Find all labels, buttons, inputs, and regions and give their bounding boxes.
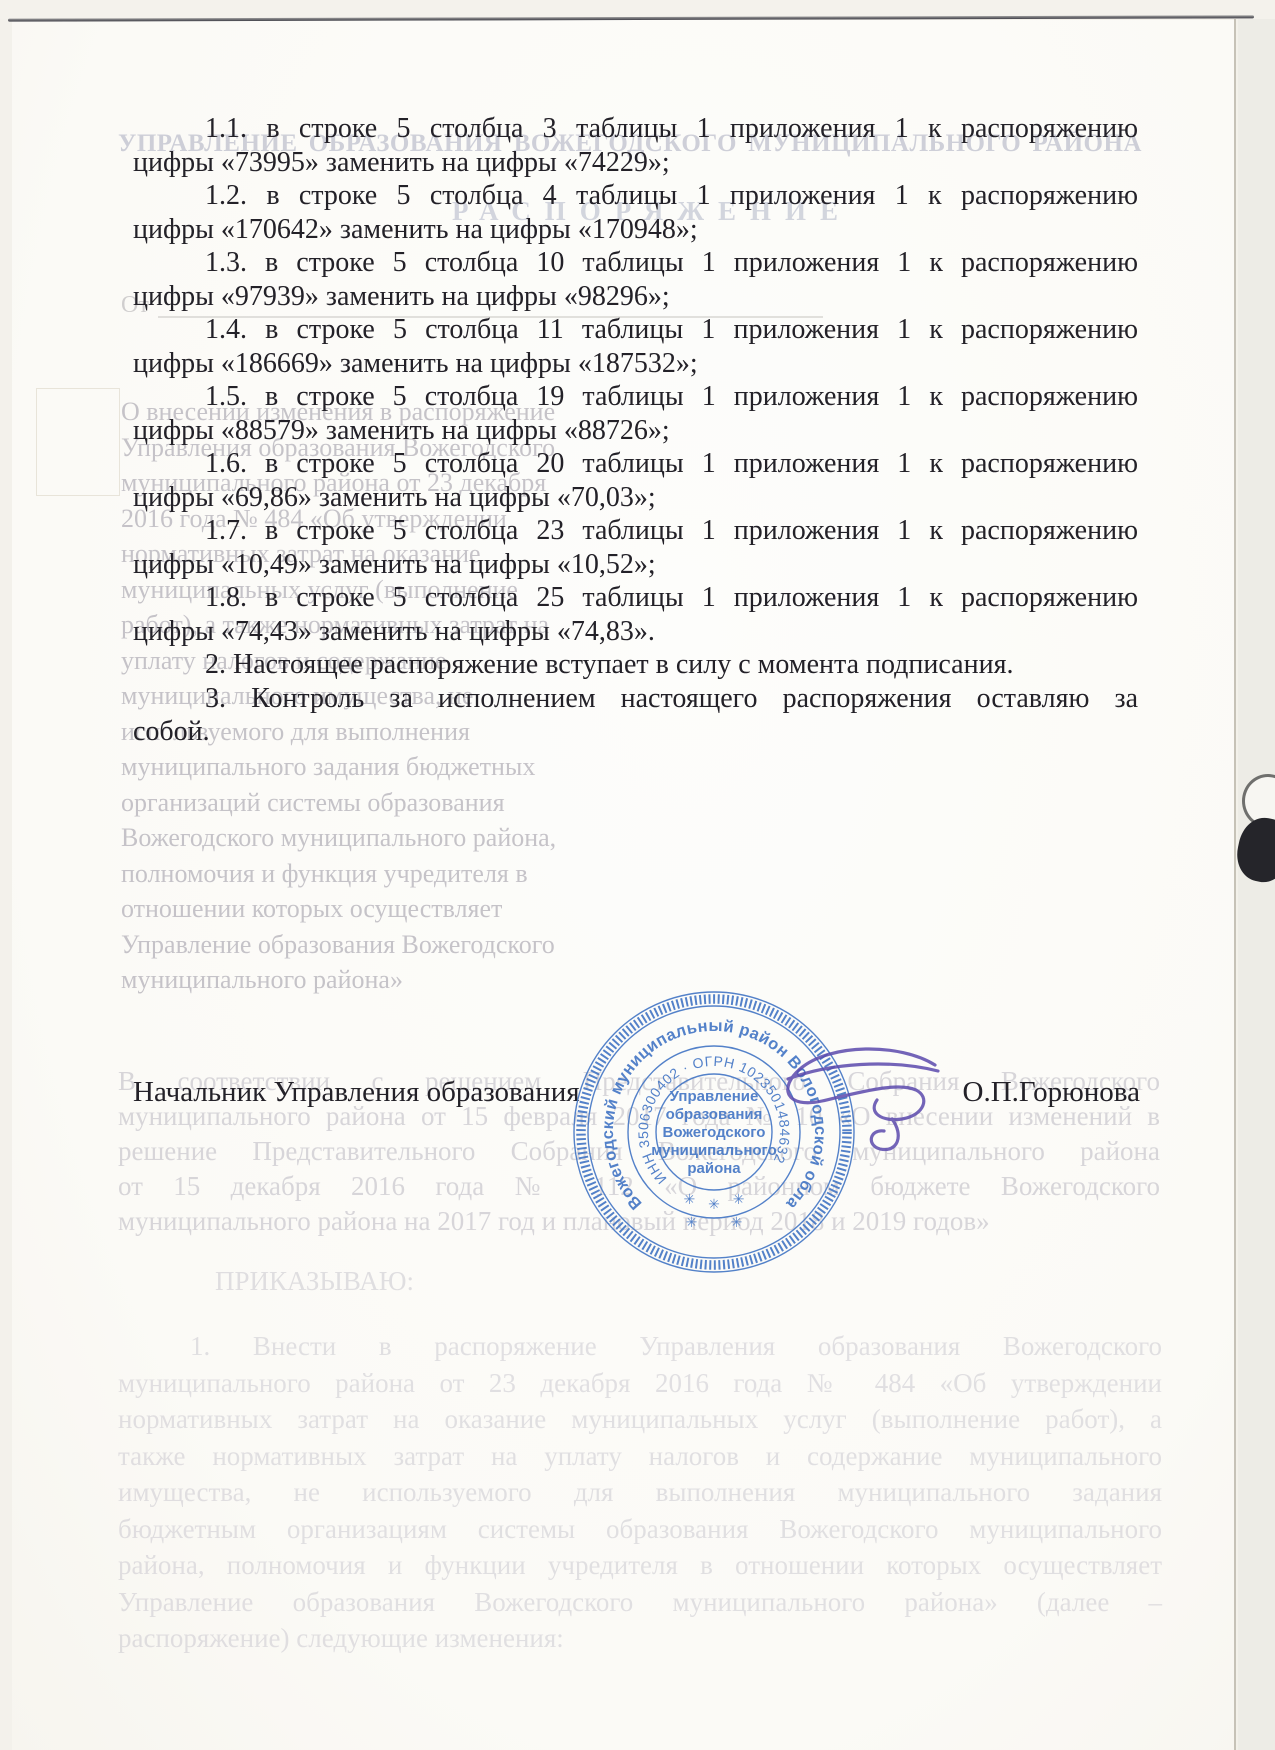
scanned-document: { "doc": { "lines": [ "1.1. в строке 5 с… bbox=[0, 0, 1275, 1750]
body-line: 1.2. в строке 5 столбца 4 таблицы 1 прил… bbox=[133, 179, 1138, 213]
body-line: цифры «69,86» заменить на цифры «70,03»; bbox=[133, 481, 1138, 515]
stamp-asterisk: ✳ bbox=[733, 1191, 745, 1207]
bleedthrough-line: бюджетным организациям системы образован… bbox=[118, 1511, 1162, 1548]
bleedthrough-line: Управление образования Вожегодского муни… bbox=[118, 1584, 1162, 1621]
body-line: 1.6. в строке 5 столбца 20 таблицы 1 при… bbox=[133, 447, 1138, 481]
bleedthrough-line: имущества, не используемого для выполнен… bbox=[118, 1474, 1162, 1511]
body-line: цифры «97939» заменить на цифры «98296»; bbox=[133, 280, 1138, 314]
signature-stroke bbox=[788, 1049, 935, 1120]
handwritten-signature bbox=[730, 1035, 950, 1165]
body-line: 1.3. в строке 5 столбца 10 таблицы 1 при… bbox=[133, 246, 1138, 280]
body-line: цифры «186669» заменить на цифры «187532… bbox=[133, 347, 1138, 381]
bleedthrough-line: 1. Внести в распоряжение Управления обра… bbox=[118, 1328, 1162, 1365]
body-line: 3. Контроль за исполнением настоящего ра… bbox=[133, 682, 1138, 716]
body-line: 1.1. в строке 5 столбца 3 таблицы 1 прил… bbox=[133, 112, 1138, 146]
bleedthrough-order-word: ПРИКАЗЫВАЮ: bbox=[215, 1266, 414, 1297]
bleedthrough-line: нормативных затрат на оказание муниципал… bbox=[118, 1401, 1162, 1438]
document-body: 1.1. в строке 5 столбца 3 таблицы 1 прил… bbox=[133, 112, 1138, 749]
body-line: 1.8. в строке 5 столбца 25 таблицы 1 при… bbox=[133, 581, 1138, 615]
body-line: 1.7. в строке 5 столбца 23 таблицы 1 при… bbox=[133, 514, 1138, 548]
bleedthrough-line: полномочия и функция учредителя в bbox=[121, 856, 681, 892]
signature-stroke bbox=[788, 1064, 938, 1079]
body-line: цифры «88579» заменить на цифры «88726»; bbox=[133, 414, 1138, 448]
stamp-asterisk: ✳ bbox=[731, 1214, 743, 1230]
scan-artifact-shadow bbox=[1236, 813, 1275, 886]
bleedthrough-line: также нормативных затрат на уплату налог… bbox=[118, 1438, 1162, 1475]
bleedthrough-line: отношении которых осуществляет bbox=[121, 891, 681, 927]
stamp-asterisk: ✳ bbox=[684, 1191, 696, 1207]
bleedthrough-line: района, полномочия и функции учредителя … bbox=[118, 1547, 1162, 1584]
bleedthrough-line: Управление образования Вожегодского bbox=[121, 927, 681, 963]
scanner-margin-left bbox=[0, 19, 12, 1750]
body-line: цифры «10,49» заменить на цифры «10,52»; bbox=[133, 548, 1138, 582]
bleedthrough-line: Вожегодского муниципального района, bbox=[121, 820, 681, 856]
bleedthrough-item1: 1. Внести в распоряжение Управления обра… bbox=[118, 1328, 1162, 1657]
body-line: 1.4. в строке 5 столбца 11 таблицы 1 при… bbox=[133, 313, 1138, 347]
body-line: цифры «170642» заменить на цифры «170948… bbox=[133, 213, 1138, 247]
body-line: 1.5. в строке 5 столбца 19 таблицы 1 при… bbox=[133, 380, 1138, 414]
body-line: цифры «73995» заменить на цифры «74229»; bbox=[133, 146, 1138, 180]
bleedthrough-line: муниципального задания бюджетных bbox=[121, 749, 681, 785]
signatory-name: О.П.Горюнова bbox=[963, 1076, 1140, 1109]
body-line: собой. bbox=[133, 715, 1138, 749]
signatory-title: Начальник Управления образования bbox=[133, 1076, 580, 1109]
body-line: цифры «74,43» заменить на цифры «74,83». bbox=[133, 615, 1138, 649]
signature-stroke bbox=[871, 1119, 898, 1150]
margin-artifact-box bbox=[36, 388, 120, 496]
body-line: 2. Настоящее распоряжение вступает в сил… bbox=[133, 648, 1138, 682]
bleedthrough-line: распоряжение) следующие изменения: bbox=[118, 1620, 1162, 1657]
stamp-asterisk: ✳ bbox=[686, 1214, 698, 1230]
stamp-asterisk: ✳ bbox=[708, 1196, 720, 1212]
bleedthrough-line: организаций системы образования bbox=[121, 785, 681, 821]
bleedthrough-line: муниципального района от 23 декабря 2016… bbox=[118, 1365, 1162, 1402]
scan-artifact-blob bbox=[1236, 758, 1275, 908]
